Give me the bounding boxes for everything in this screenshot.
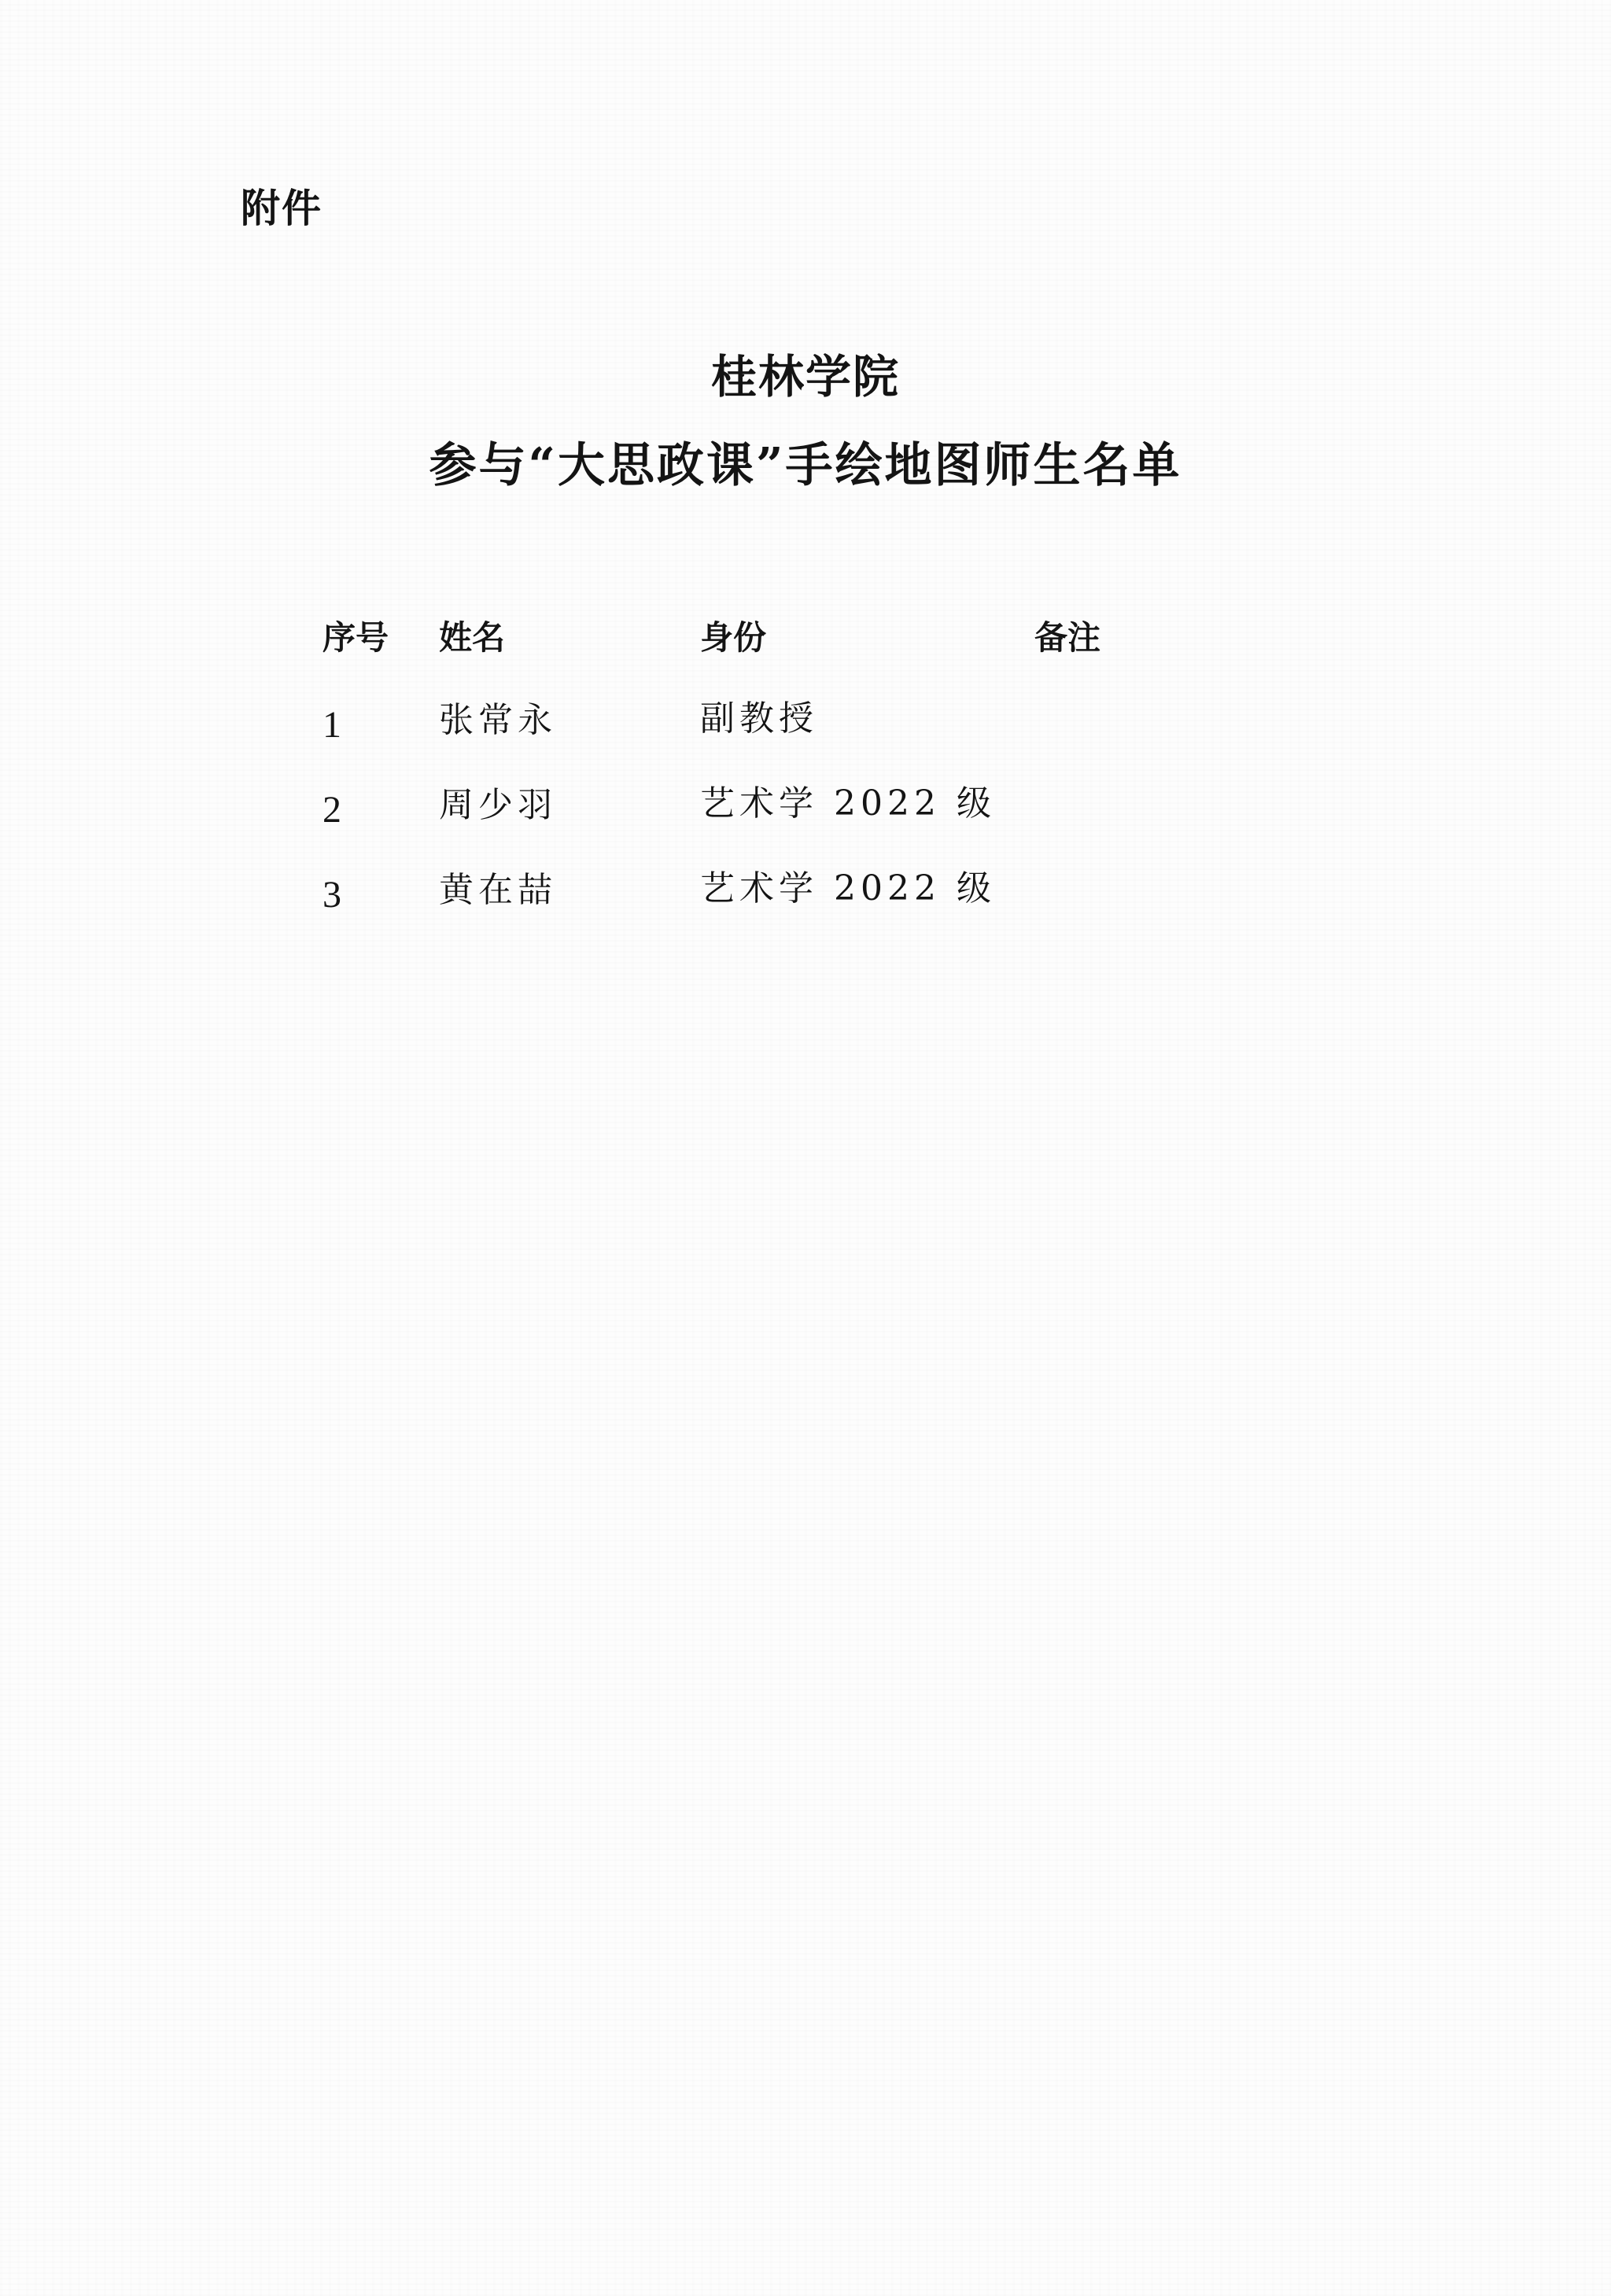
header-note: 备注 [1034, 621, 1100, 654]
row-role: 艺术学 2022 级 [700, 872, 996, 906]
row-name: 黄在喆 [439, 873, 557, 908]
title-list-name: 参与“大思政课”手绘地图师生名单 [0, 442, 1611, 489]
header-no: 序号 [323, 621, 389, 654]
row-role: 副教授 [700, 702, 818, 736]
row-no: 2 [323, 791, 341, 829]
row-name: 周少羽 [439, 788, 557, 823]
title-institution: 桂林学院 [0, 354, 1611, 400]
row-no: 3 [323, 876, 341, 914]
attachment-label: 附件 [241, 189, 323, 228]
document-page: 附件 桂林学院 参与“大思政课”手绘地图师生名单 序号 姓名 身份 备注 1 张… [0, 0, 1611, 2296]
row-name: 张常永 [439, 703, 557, 738]
header-role: 身份 [700, 621, 766, 654]
row-role: 艺术学 2022 级 [700, 787, 996, 821]
header-name: 姓名 [439, 621, 505, 654]
table-header-row: 序号 姓名 身份 备注 [323, 621, 1266, 702]
table-row: 2 周少羽 艺术学 2022 级 [323, 787, 1266, 872]
participant-table: 序号 姓名 身份 备注 1 张常永 副教授 2 周少羽 艺术学 2022 级 3… [323, 621, 1266, 956]
row-no: 1 [323, 706, 341, 744]
table-row: 1 张常永 副教授 [323, 702, 1266, 787]
table-row: 3 黄在喆 艺术学 2022 级 [323, 872, 1266, 956]
